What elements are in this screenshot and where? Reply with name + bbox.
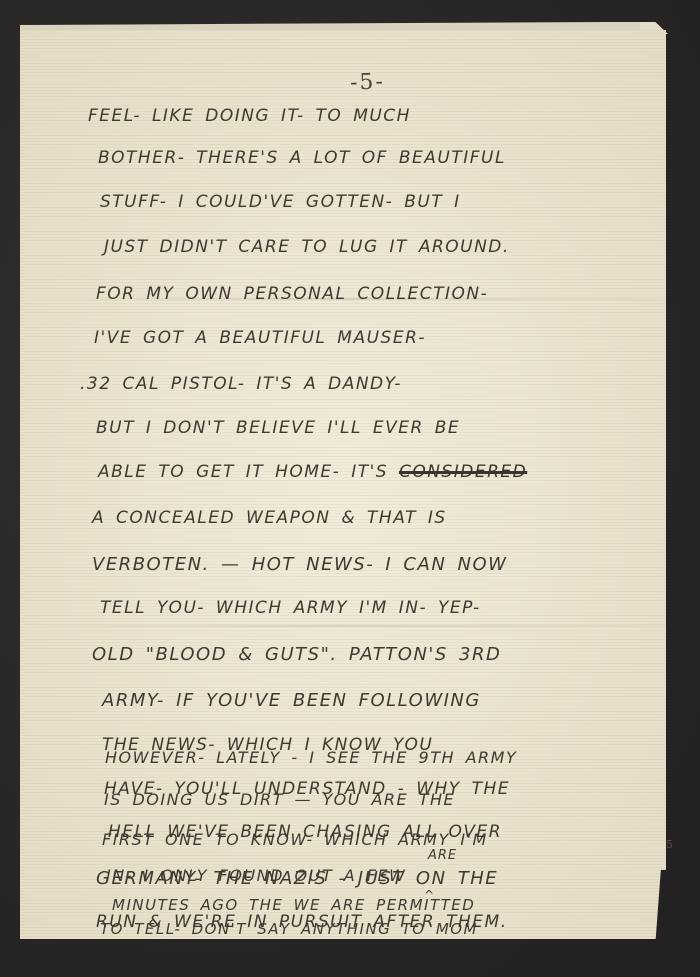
text-line: IN- I ONLY FOUND OUT A FEW (106, 866, 406, 885)
text-line: VERBOTEN. — HOT NEWS- I CAN NOW (92, 554, 507, 575)
text-line: I'VE GOT A BEAUTIFUL MAUSER- (94, 328, 426, 348)
text-line: FIRST ONE TO KNOW- WHICH ARMY I'M (102, 830, 488, 849)
text-line-content: ABLE TO GET IT HOME- IT'S (98, 462, 388, 482)
text-line: TELL YOU- WHICH ARMY I'M IN- YEP- (100, 598, 481, 618)
text-line: FOR MY OWN PERSONAL COLLECTION- (96, 284, 488, 304)
margin-mark: 5 (666, 838, 673, 851)
text-line: FEEL- LIKE DOING IT- TO MUCH (88, 106, 411, 126)
scan-background: -5- FEEL- LIKE DOING IT- TO MUCH BOTHER-… (0, 0, 700, 977)
text-line: OLD "BLOOD & GUTS". PATTON'S 3rd (92, 644, 501, 665)
paper-crease (20, 625, 666, 627)
text-line: A CONCEALED WEAPON & THAT IS (92, 508, 447, 528)
struck-word: CONSIDERED (399, 462, 527, 482)
text-line: JUST DIDN'T CARE TO LUG IT AROUND. (104, 237, 510, 257)
text-line: MINUTES AGO THE WE ARE PERMITTED (112, 896, 475, 914)
text-line: HOWEVER- LATELY - I SEE THE 9th ARMY (105, 748, 517, 767)
text-line: TO TELL- DON'T SAY ANYTHING TO MOM (100, 920, 478, 938)
text-line: BUT I DON'T BELIEVE I'LL EVER BE (96, 418, 460, 438)
text-line: STUFF- I COULD'VE GOTTEN- BUT I (100, 192, 461, 212)
text-line: ARMY- IF YOU'VE BEEN FOLLOWING (102, 690, 481, 711)
page-number: -5- (350, 69, 386, 95)
text-line: .32 CAL PISTOL- IT'S A DANDY- (80, 374, 402, 394)
text-line: IS DOING US DIRT — YOU ARE THE (104, 790, 455, 809)
text-line: ABLE TO GET IT HOME- IT'S CONSIDERED (98, 462, 527, 482)
text-line: BOTHER- THERE'S A LOT OF BEAUTIFUL (98, 148, 506, 168)
inserted-word: ARE (428, 848, 457, 863)
